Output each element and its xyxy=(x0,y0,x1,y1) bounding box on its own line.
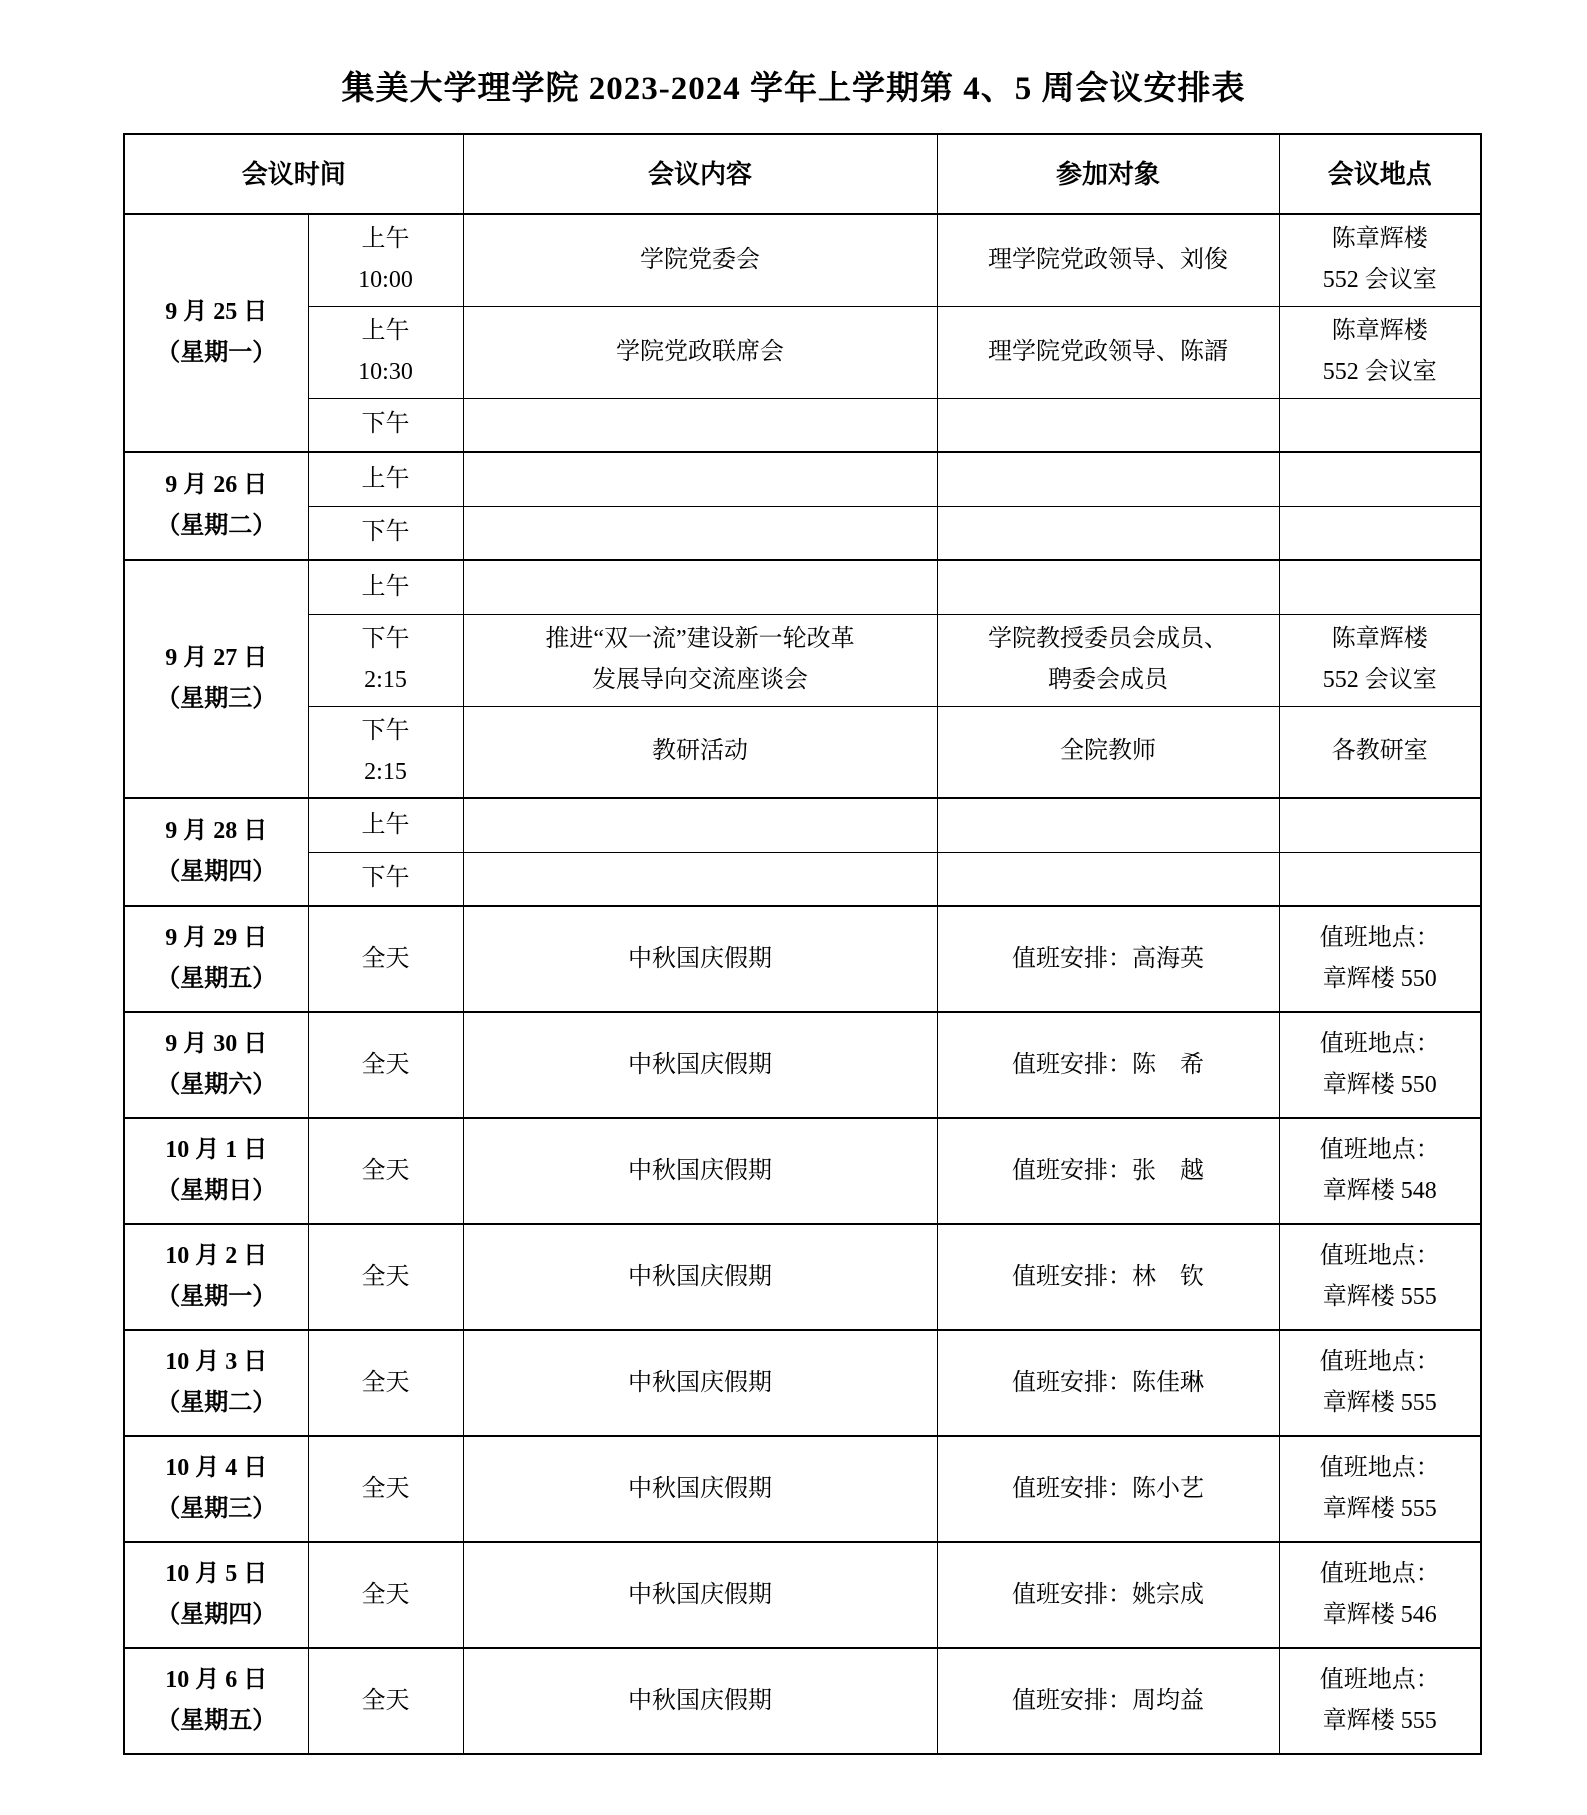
cell-text-line: 值班安排：陈佳琳 xyxy=(942,1363,1275,1404)
location-cell xyxy=(1279,798,1481,852)
participants-cell xyxy=(937,852,1279,906)
cell-text-line: 章辉楼 550 xyxy=(1284,1065,1477,1106)
document-page: 集美大学理学院 2023-2024 学年上学期第 4、5 周会议安排表 会议时间… xyxy=(0,0,1587,1815)
cell-text-line: 章辉楼 555 xyxy=(1284,1277,1477,1318)
time-cell: 全天 xyxy=(308,1542,463,1648)
cell-text-line: （星期四） xyxy=(129,1595,304,1636)
participants-cell xyxy=(937,452,1279,506)
date-cell: 9 月 27 日（星期三） xyxy=(124,560,308,798)
table-row: 10 月 4 日（星期三）全天中秋国庆假期值班安排：陈小艺值班地点：章辉楼 55… xyxy=(124,1436,1481,1542)
cell-text-line: 10 月 3 日 xyxy=(129,1342,304,1383)
cell-text-line: （星期五） xyxy=(129,1701,304,1742)
cell-text-line: 10 月 4 日 xyxy=(129,1448,304,1489)
cell-text-line: 中秋国庆假期 xyxy=(468,1575,933,1616)
participants-cell: 全院教师 xyxy=(937,706,1279,798)
content-cell: 中秋国庆假期 xyxy=(463,1224,937,1330)
table-row: 10 月 5 日（星期四）全天中秋国庆假期值班安排：姚宗成值班地点：章辉楼 54… xyxy=(124,1542,1481,1648)
location-cell: 值班地点：章辉楼 548 xyxy=(1279,1118,1481,1224)
cell-text-line: 上午 xyxy=(313,219,459,260)
content-cell xyxy=(463,560,937,614)
cell-text-line: 9 月 30 日 xyxy=(129,1024,304,1065)
content-cell: 中秋国庆假期 xyxy=(463,906,937,1012)
header-cell: 参加对象 xyxy=(937,134,1279,214)
cell-text-line: 聘委会成员 xyxy=(942,660,1275,701)
cell-text-line: 值班地点： xyxy=(1284,1342,1477,1383)
date-cell: 10 月 2 日（星期一） xyxy=(124,1224,308,1330)
cell-text-line: 中秋国庆假期 xyxy=(468,1363,933,1404)
date-cell: 10 月 4 日（星期三） xyxy=(124,1436,308,1542)
cell-text-line: 中秋国庆假期 xyxy=(468,1469,933,1510)
cell-text-line: 值班地点： xyxy=(1284,1554,1477,1595)
time-cell: 全天 xyxy=(308,1012,463,1118)
cell-text-line: （星期一） xyxy=(129,333,304,374)
participants-cell: 值班安排：陈佳琳 xyxy=(937,1330,1279,1436)
header-row: 会议时间会议内容参加对象会议地点 xyxy=(124,134,1481,214)
location-cell: 值班地点：章辉楼 555 xyxy=(1279,1436,1481,1542)
location-cell xyxy=(1279,452,1481,506)
table-header: 会议时间会议内容参加对象会议地点 xyxy=(124,134,1481,214)
date-cell: 9 月 28 日（星期四） xyxy=(124,798,308,906)
location-cell xyxy=(1279,852,1481,906)
content-cell xyxy=(463,398,937,452)
location-cell: 各教研室 xyxy=(1279,706,1481,798)
table-row: 下午 xyxy=(124,506,1481,560)
cell-text-line: （星期五） xyxy=(129,959,304,1000)
location-cell xyxy=(1279,398,1481,452)
cell-text-line: 10 月 1 日 xyxy=(129,1130,304,1171)
cell-text-line: 下午 xyxy=(313,711,459,752)
cell-text-line: 学院党委会 xyxy=(468,240,933,281)
location-cell: 值班地点：章辉楼 555 xyxy=(1279,1330,1481,1436)
cell-text-line: 章辉楼 555 xyxy=(1284,1489,1477,1530)
cell-text-line: 值班地点： xyxy=(1284,1130,1477,1171)
date-cell: 9 月 25 日（星期一） xyxy=(124,214,308,452)
cell-text-line: 中秋国庆假期 xyxy=(468,1257,933,1298)
cell-text-line: 9 月 27 日 xyxy=(129,638,304,679)
cell-text-line: 学院教授委员会成员、 xyxy=(942,619,1275,660)
content-cell: 学院党政联席会 xyxy=(463,306,937,398)
cell-text-line: 教研活动 xyxy=(468,731,933,772)
content-cell: 中秋国庆假期 xyxy=(463,1330,937,1436)
cell-text-line: 全院教师 xyxy=(942,731,1275,772)
participants-cell: 值班安排：林 钦 xyxy=(937,1224,1279,1330)
cell-text-line: 值班地点： xyxy=(1284,1236,1477,1277)
cell-text-line: 理学院党政领导、陈諝 xyxy=(942,332,1275,373)
cell-text-line: 陈章辉楼 xyxy=(1284,619,1477,660)
cell-text-line: 中秋国庆假期 xyxy=(468,1045,933,1086)
cell-text-line: 章辉楼 548 xyxy=(1284,1171,1477,1212)
cell-text-line: 值班安排：周均益 xyxy=(942,1681,1275,1722)
cell-text-line: 值班地点： xyxy=(1284,1448,1477,1489)
table-row: 9 月 26 日（星期二）上午 xyxy=(124,452,1481,506)
cell-text-line: 9 月 28 日 xyxy=(129,811,304,852)
cell-text-line: 发展导向交流座谈会 xyxy=(468,660,933,701)
content-cell: 教研活动 xyxy=(463,706,937,798)
cell-text-line: 陈章辉楼 xyxy=(1284,219,1477,260)
date-cell: 9 月 29 日（星期五） xyxy=(124,906,308,1012)
time-cell: 全天 xyxy=(308,1648,463,1754)
cell-text-line: 值班安排：林 钦 xyxy=(942,1257,1275,1298)
time-cell: 全天 xyxy=(308,1436,463,1542)
cell-text-line: 值班地点： xyxy=(1284,918,1477,959)
cell-text-line: 10 月 2 日 xyxy=(129,1236,304,1277)
location-cell: 陈章辉楼552 会议室 xyxy=(1279,614,1481,706)
location-cell xyxy=(1279,506,1481,560)
date-cell: 10 月 3 日（星期二） xyxy=(124,1330,308,1436)
cell-text-line: 全天 xyxy=(313,1151,459,1192)
content-cell xyxy=(463,798,937,852)
cell-text-line: 上午 xyxy=(313,567,459,608)
location-cell: 陈章辉楼552 会议室 xyxy=(1279,214,1481,306)
content-cell: 中秋国庆假期 xyxy=(463,1436,937,1542)
participants-cell: 理学院党政领导、刘俊 xyxy=(937,214,1279,306)
cell-text-line: 全天 xyxy=(313,1045,459,1086)
cell-text-line: 全天 xyxy=(313,1363,459,1404)
cell-text-line: 下午 xyxy=(313,404,459,445)
cell-text-line: 10:00 xyxy=(313,260,459,301)
participants-cell: 学院教授委员会成员、聘委会成员 xyxy=(937,614,1279,706)
date-cell: 10 月 5 日（星期四） xyxy=(124,1542,308,1648)
content-cell: 中秋国庆假期 xyxy=(463,1648,937,1754)
cell-text-line: 2:15 xyxy=(313,752,459,793)
cell-text-line: （星期日） xyxy=(129,1171,304,1212)
cell-text-line: 章辉楼 555 xyxy=(1284,1383,1477,1424)
participants-cell: 理学院党政领导、陈諝 xyxy=(937,306,1279,398)
cell-text-line: 552 会议室 xyxy=(1284,660,1477,701)
cell-text-line: 章辉楼 550 xyxy=(1284,959,1477,1000)
table-row: 下午 xyxy=(124,852,1481,906)
content-cell: 推进“双一流”建设新一轮改革发展导向交流座谈会 xyxy=(463,614,937,706)
cell-text-line: 10 月 6 日 xyxy=(129,1660,304,1701)
cell-text-line: 552 会议室 xyxy=(1284,260,1477,301)
table-row: 9 月 27 日（星期三）上午 xyxy=(124,560,1481,614)
cell-text-line: （星期二） xyxy=(129,1383,304,1424)
cell-text-line: （星期六） xyxy=(129,1065,304,1106)
cell-text-line: 上午 xyxy=(313,805,459,846)
location-cell: 值班地点：章辉楼 550 xyxy=(1279,1012,1481,1118)
location-cell: 陈章辉楼552 会议室 xyxy=(1279,306,1481,398)
table-row: 上午10:30学院党政联席会理学院党政领导、陈諝陈章辉楼552 会议室 xyxy=(124,306,1481,398)
table-row: 10 月 3 日（星期二）全天中秋国庆假期值班安排：陈佳琳值班地点：章辉楼 55… xyxy=(124,1330,1481,1436)
table-row: 下午2:15教研活动全院教师各教研室 xyxy=(124,706,1481,798)
cell-text-line: 全天 xyxy=(313,1257,459,1298)
participants-cell xyxy=(937,798,1279,852)
document-title: 集美大学理学院 2023-2024 学年上学期第 4、5 周会议安排表 xyxy=(0,0,1587,133)
table-row: 下午 xyxy=(124,398,1481,452)
cell-text-line: 9 月 26 日 xyxy=(129,465,304,506)
meeting-schedule-table: 会议时间会议内容参加对象会议地点 9 月 25 日（星期一）上午10:00学院党… xyxy=(123,133,1482,1755)
table-row: 10 月 2 日（星期一）全天中秋国庆假期值班安排：林 钦值班地点：章辉楼 55… xyxy=(124,1224,1481,1330)
time-cell: 上午10:00 xyxy=(308,214,463,306)
cell-text-line: 值班地点： xyxy=(1284,1660,1477,1701)
time-cell: 全天 xyxy=(308,906,463,1012)
cell-text-line: 上午 xyxy=(313,459,459,500)
table-row: 9 月 30 日（星期六）全天中秋国庆假期值班安排：陈 希值班地点：章辉楼 55… xyxy=(124,1012,1481,1118)
time-cell: 下午 xyxy=(308,398,463,452)
time-cell: 上午 xyxy=(308,452,463,506)
content-cell: 中秋国庆假期 xyxy=(463,1012,937,1118)
participants-cell xyxy=(937,398,1279,452)
participants-cell: 值班安排：周均益 xyxy=(937,1648,1279,1754)
header-cell: 会议地点 xyxy=(1279,134,1481,214)
participants-cell: 值班安排：姚宗成 xyxy=(937,1542,1279,1648)
cell-text-line: 552 会议室 xyxy=(1284,352,1477,393)
cell-text-line: 全天 xyxy=(313,1469,459,1510)
cell-text-line: 值班安排：高海英 xyxy=(942,939,1275,980)
table-body: 9 月 25 日（星期一）上午10:00学院党委会理学院党政领导、刘俊陈章辉楼5… xyxy=(124,214,1481,1754)
cell-text-line: 10:30 xyxy=(313,352,459,393)
header-cell: 会议内容 xyxy=(463,134,937,214)
cell-text-line: 下午 xyxy=(313,619,459,660)
table-row: 9 月 29 日（星期五）全天中秋国庆假期值班安排：高海英值班地点：章辉楼 55… xyxy=(124,906,1481,1012)
cell-text-line: 章辉楼 546 xyxy=(1284,1595,1477,1636)
cell-text-line: 陈章辉楼 xyxy=(1284,311,1477,352)
table-row: 9 月 28 日（星期四）上午 xyxy=(124,798,1481,852)
participants-cell: 值班安排：陈 希 xyxy=(937,1012,1279,1118)
location-cell xyxy=(1279,560,1481,614)
time-cell: 全天 xyxy=(308,1330,463,1436)
cell-text-line: （星期一） xyxy=(129,1277,304,1318)
cell-text-line: 中秋国庆假期 xyxy=(468,939,933,980)
table-row: 9 月 25 日（星期一）上午10:00学院党委会理学院党政领导、刘俊陈章辉楼5… xyxy=(124,214,1481,306)
participants-cell xyxy=(937,506,1279,560)
cell-text-line: 值班地点： xyxy=(1284,1024,1477,1065)
cell-text-line: 2:15 xyxy=(313,660,459,701)
location-cell: 值班地点：章辉楼 550 xyxy=(1279,906,1481,1012)
cell-text-line: （星期四） xyxy=(129,852,304,893)
location-cell: 值班地点：章辉楼 546 xyxy=(1279,1542,1481,1648)
cell-text-line: （星期二） xyxy=(129,506,304,547)
cell-text-line: 各教研室 xyxy=(1284,731,1477,772)
time-cell: 下午2:15 xyxy=(308,614,463,706)
cell-text-line: 中秋国庆假期 xyxy=(468,1151,933,1192)
participants-cell: 值班安排：陈小艺 xyxy=(937,1436,1279,1542)
content-cell xyxy=(463,852,937,906)
date-cell: 9 月 26 日（星期二） xyxy=(124,452,308,560)
cell-text-line: 下午 xyxy=(313,512,459,553)
table-row: 10 月 6 日（星期五）全天中秋国庆假期值班安排：周均益值班地点：章辉楼 55… xyxy=(124,1648,1481,1754)
cell-text-line: 值班安排：张 越 xyxy=(942,1151,1275,1192)
time-cell: 上午 xyxy=(308,798,463,852)
content-cell: 中秋国庆假期 xyxy=(463,1118,937,1224)
cell-text-line: （星期三） xyxy=(129,679,304,720)
cell-text-line: 全天 xyxy=(313,939,459,980)
cell-text-line: 值班安排：陈 希 xyxy=(942,1045,1275,1086)
cell-text-line: 章辉楼 555 xyxy=(1284,1701,1477,1742)
cell-text-line: 值班安排：陈小艺 xyxy=(942,1469,1275,1510)
time-cell: 下午 xyxy=(308,852,463,906)
cell-text-line: 中秋国庆假期 xyxy=(468,1681,933,1722)
cell-text-line: 学院党政联席会 xyxy=(468,332,933,373)
content-cell xyxy=(463,452,937,506)
cell-text-line: 全天 xyxy=(313,1681,459,1722)
cell-text-line: 全天 xyxy=(313,1575,459,1616)
cell-text-line: 值班安排：姚宗成 xyxy=(942,1575,1275,1616)
time-cell: 下午2:15 xyxy=(308,706,463,798)
cell-text-line: 理学院党政领导、刘俊 xyxy=(942,240,1275,281)
participants-cell: 值班安排：张 越 xyxy=(937,1118,1279,1224)
cell-text-line: 推进“双一流”建设新一轮改革 xyxy=(468,619,933,660)
time-cell: 下午 xyxy=(308,506,463,560)
location-cell: 值班地点：章辉楼 555 xyxy=(1279,1648,1481,1754)
time-cell: 全天 xyxy=(308,1224,463,1330)
table-row: 下午2:15推进“双一流”建设新一轮改革发展导向交流座谈会学院教授委员会成员、聘… xyxy=(124,614,1481,706)
participants-cell: 值班安排：高海英 xyxy=(937,906,1279,1012)
date-cell: 9 月 30 日（星期六） xyxy=(124,1012,308,1118)
cell-text-line: 上午 xyxy=(313,311,459,352)
time-cell: 全天 xyxy=(308,1118,463,1224)
content-cell xyxy=(463,506,937,560)
cell-text-line: 10 月 5 日 xyxy=(129,1554,304,1595)
participants-cell xyxy=(937,560,1279,614)
time-cell: 上午10:30 xyxy=(308,306,463,398)
time-cell: 上午 xyxy=(308,560,463,614)
cell-text-line: 9 月 29 日 xyxy=(129,918,304,959)
cell-text-line: 9 月 25 日 xyxy=(129,292,304,333)
location-cell: 值班地点：章辉楼 555 xyxy=(1279,1224,1481,1330)
cell-text-line: （星期三） xyxy=(129,1489,304,1530)
header-cell: 会议时间 xyxy=(124,134,463,214)
content-cell: 中秋国庆假期 xyxy=(463,1542,937,1648)
cell-text-line: 下午 xyxy=(313,858,459,899)
date-cell: 10 月 1 日（星期日） xyxy=(124,1118,308,1224)
content-cell: 学院党委会 xyxy=(463,214,937,306)
date-cell: 10 月 6 日（星期五） xyxy=(124,1648,308,1754)
table-row: 10 月 1 日（星期日）全天中秋国庆假期值班安排：张 越值班地点：章辉楼 54… xyxy=(124,1118,1481,1224)
